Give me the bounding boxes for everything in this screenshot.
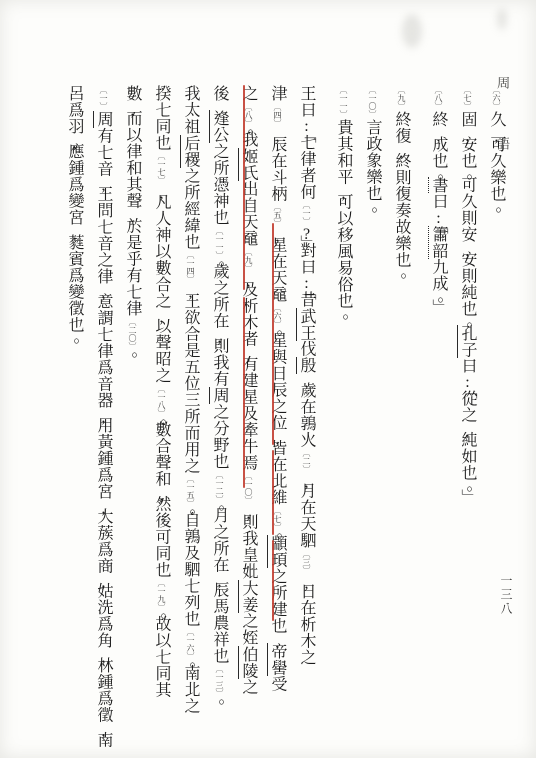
punctuation: , <box>298 575 315 593</box>
note-ref: 〔一〕 <box>302 201 311 225</box>
proper-name-mark: 孔子 <box>457 325 476 358</box>
punctuation: , <box>95 177 112 195</box>
note-ref: 〔一二〕 <box>215 471 224 499</box>
note-ref: 〔一〕 <box>99 86 108 110</box>
text-column: 津〔四〕,辰在斗柄〔五〕,星在天黿〔六〕。星與日辰之位,皆在北維〔七〕。顓頊之所… <box>267 85 287 753</box>
punctuation: 。 <box>488 202 505 219</box>
proper-name-mark: 伯陵 <box>238 646 257 679</box>
proper-name-mark: 武王 <box>296 308 315 341</box>
text-column: 揆七同也〔一七〕,凡人神以數合之,以聲昭之〔一八〕。數合聲和,然後可同也〔一九〕… <box>151 85 171 753</box>
punctuation: 」 <box>430 299 447 316</box>
punctuation: , <box>95 285 112 303</box>
note-ref: 〔六〕 <box>492 86 501 110</box>
note-ref: 〔一四〕 <box>186 251 195 283</box>
punctuation: , <box>335 185 352 203</box>
punctuation: , <box>95 409 112 427</box>
note-ref: 〔一一〕 <box>215 227 224 255</box>
punctuation: , <box>153 185 170 203</box>
text-column: 之〔八〕。我姬氏出自天黿〔九〕,及析木者,有建星及牽牛焉〔一〇〕,則我皇妣大姜之… <box>238 85 258 753</box>
scan-smudge <box>402 14 422 48</box>
punctuation: , <box>153 309 170 327</box>
note-ref: 〔一七〕 <box>157 152 166 184</box>
note-ref: 〔一〇〕 <box>368 86 377 118</box>
proper-name-mark: 逢公 <box>209 110 228 143</box>
text-column: 〔九〕終復,終則復奏故樂也。 <box>391 85 411 753</box>
proper-name-mark: 顓頊 <box>267 535 286 568</box>
punctuation: , <box>211 329 228 347</box>
punctuation: , <box>95 574 112 592</box>
note-ref: 〔一八〕 <box>157 385 166 413</box>
punctuation: 。 <box>393 268 410 285</box>
punctuation: 。 <box>211 256 228 273</box>
note-ref: 〔一〇〕 <box>244 472 253 504</box>
punctuation: , <box>298 374 315 392</box>
red-reading-mark <box>272 223 274 445</box>
proper-name-mark: 大姜 <box>238 580 257 613</box>
note-ref: 〔四〕 <box>273 103 282 127</box>
red-reading-mark <box>243 297 245 488</box>
punctuation: 「 <box>298 127 315 144</box>
punctuation: 」 <box>298 235 315 252</box>
scanned-page: 周語 一三八 〔六〕久,可久樂也。〔七〕固,安也。可久則安,安則純也。孔子曰:「… <box>0 0 536 758</box>
punctuation: 。 <box>459 169 476 186</box>
note-ref: 〔九〕 <box>244 248 253 272</box>
punctuation: 。 <box>153 414 170 431</box>
punctuation: , <box>488 128 505 146</box>
note-ref: 〔八〕 <box>434 86 443 110</box>
text-column: 〔一一〕貴其和平,可以移風易俗也。 <box>333 85 353 753</box>
proper-name-mark: 帝嚳 <box>267 643 286 676</box>
note-ref: 〔二〇〕 <box>128 318 137 346</box>
book-title-mark: 書 <box>428 177 447 194</box>
text-column: 〔八〕終,成也。書曰:「簫韶九成。」 <box>428 85 448 753</box>
punctuation: 「 <box>298 284 315 301</box>
text-column: 王曰:「七律者何〔一〕?」對曰:「昔武王伐殷,歲在鶉火〔二〕,月在天駟〔三〕,日… <box>296 85 316 753</box>
scan-smudge <box>497 8 507 30</box>
punctuation: , <box>95 723 112 741</box>
note-ref: 〔二〕 <box>302 449 311 473</box>
punctuation: , <box>182 284 199 302</box>
punctuation: 」 <box>459 489 476 506</box>
punctuation: 「 <box>459 383 476 400</box>
punctuation: 。 <box>211 500 228 517</box>
punctuation: 。 <box>153 608 170 625</box>
note-ref: 〔八〕 <box>244 103 253 123</box>
text-column: 數,而以律和其聲,於是乎有七律〔二〇〕。 <box>122 85 142 753</box>
book-title-mark: 簫韶 <box>428 226 447 259</box>
punctuation: , <box>459 423 476 441</box>
note-ref: 〔七〕 <box>463 86 472 110</box>
punctuation: , <box>211 573 228 591</box>
text-column: 後,逢公之所憑神也〔一一〕。歲之所在,則我有周之分野也〔一二〕。月之所在,辰馬農… <box>209 85 229 753</box>
red-reading-mark <box>272 540 274 621</box>
proper-name-mark: 姬氏 <box>238 148 257 181</box>
punctuation: 。 <box>364 202 381 219</box>
punctuation: , <box>124 209 141 227</box>
note-ref: 〔一五〕 <box>186 475 195 503</box>
note-ref: 〔七〕 <box>273 507 282 527</box>
punctuation: 。 <box>211 694 228 711</box>
note-ref: 〔一六〕 <box>186 628 195 656</box>
punctuation: , <box>66 135 83 153</box>
punctuation: 。 <box>124 347 141 364</box>
text-column: 〔一〇〕言政象樂也。 <box>362 85 382 753</box>
punctuation: , <box>95 500 112 518</box>
text-column: 〔七〕固,安也。可久則安,安則純也。孔子曰:「從之,純如也。」 <box>457 85 477 753</box>
punctuation: 。 <box>182 657 199 674</box>
note-ref: 〔一九〕 <box>157 579 166 607</box>
punctuation: , <box>393 144 410 162</box>
note-ref: 〔一一〕 <box>339 86 348 118</box>
red-reading-mark <box>243 85 245 290</box>
punctuation: , <box>459 243 476 261</box>
text-columns: 〔六〕久,可久樂也。〔七〕固,安也。可久則安,安則純也。孔子曰:「從之,純如也。… <box>55 85 506 753</box>
note-ref: 〔五〕 <box>273 203 282 227</box>
punctuation: , <box>430 128 447 146</box>
punctuation: 。 <box>335 309 352 326</box>
text-column: 〔六〕久,可久樂也。 <box>486 85 506 753</box>
text-column: 我太祖后稷之所經緯也〔一四〕,王欲合是五位三所而用之〔一五〕。自鶉及駟七列也〔一… <box>180 85 200 753</box>
punctuation: , <box>240 505 257 523</box>
note-ref: 〔三〕 <box>302 550 311 574</box>
punctuation: , <box>66 226 83 244</box>
proper-name-mark: 周 <box>93 111 112 128</box>
proper-name-mark: 后稷 <box>180 135 199 168</box>
punctuation: , <box>153 487 170 505</box>
note-ref: 〔六〕 <box>273 304 282 324</box>
punctuation: , <box>124 102 141 120</box>
punctuation: 。 <box>182 504 199 521</box>
red-reading-mark <box>272 450 274 535</box>
note-ref: 〔一三〕 <box>215 665 224 693</box>
proper-name-mark: 殷 <box>296 357 315 374</box>
punctuation: , <box>459 128 476 146</box>
text-column: 〔一〕周有七音,王問七音之律,意謂七律爲音器,用黃鍾爲宮,大蔟爲商,姑洗爲角,林… <box>93 85 113 753</box>
punctuation: , <box>95 649 112 667</box>
punctuation: 。 <box>66 333 83 350</box>
punctuation: , <box>269 128 286 146</box>
text-column: 呂爲羽,應鍾爲變宮,蕤賓爲變徵也。 <box>64 85 84 753</box>
note-ref: 〔九〕 <box>397 86 406 110</box>
proper-name-mark: 周 <box>209 387 228 404</box>
punctuation: , <box>298 474 315 492</box>
